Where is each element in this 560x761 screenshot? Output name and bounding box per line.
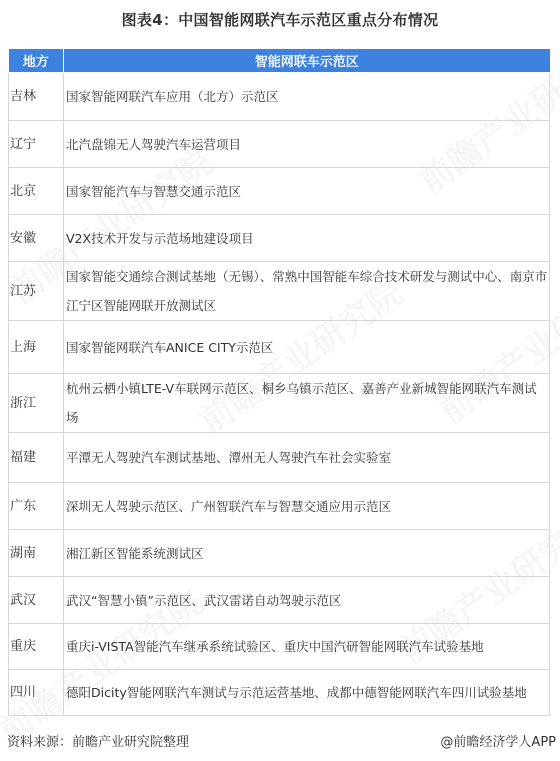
source-note: 资料来源：前瞻产业研究院整理	[7, 731, 189, 750]
column-header-region: 地方	[9, 49, 64, 73]
region-cell: 上海	[9, 321, 64, 374]
region-cell: 北京	[9, 168, 64, 215]
region-cell: 广东	[9, 483, 64, 530]
zone-cell: 武汉“智慧小镇”示范区、武汉雷诺自动驾驶示范区	[64, 577, 550, 624]
region-cell: 武汉	[9, 577, 64, 624]
table-header-row: 地方 智能网联车示范区	[9, 49, 550, 73]
region-cell: 安徽	[9, 215, 64, 262]
zone-cell: 深圳无人驾驶示范区、广州智联汽车与智慧交通应用示范区	[64, 483, 550, 530]
table-row: 武汉 武汉“智慧小镇”示范区、武汉雷诺自动驾驶示范区	[9, 577, 550, 624]
zone-cell: 国家智能汽车与智慧交通示范区	[64, 168, 550, 215]
region-cell: 江苏	[9, 262, 64, 321]
publisher-credit: @前瞻经济学人APP	[440, 731, 556, 750]
table-row: 江苏 国家智能交通综合测试基地（无锡）、常熟中国智能车综合技术研发与测试中心、南…	[9, 262, 550, 321]
zone-cell: 国家智能交通综合测试基地（无锡）、常熟中国智能车综合技术研发与测试中心、南京市江…	[64, 262, 550, 321]
demo-zone-table: 地方 智能网联车示范区 吉林 国家智能网联汽车应用（北方）示范区 辽宁 北汽盘锦…	[8, 49, 550, 716]
region-cell: 吉林	[9, 73, 64, 121]
table-row: 湖南 湘江新区智能系统测试区	[9, 530, 550, 577]
zone-cell: 北汽盘锦无人驾驶汽车运营项目	[64, 121, 550, 168]
table-row: 辽宁 北汽盘锦无人驾驶汽车运营项目	[9, 121, 550, 168]
region-cell: 福建	[9, 433, 64, 483]
table-row: 重庆 重庆i-VISTA智能汽车继承系统试验区、重庆中国汽研智能网联汽车试验基地	[9, 624, 550, 670]
column-header-zone: 智能网联车示范区	[64, 49, 550, 73]
region-cell: 辽宁	[9, 121, 64, 168]
zone-cell: 平潭无人驾驶汽车测试基地、潭州无人驾驶汽车社会实验室	[64, 433, 550, 483]
table-row: 安徽 V2X技术开发与示范场地建设项目	[9, 215, 550, 262]
zone-cell: 国家智能网联汽车应用（北方）示范区	[64, 73, 550, 121]
zone-cell: V2X技术开发与示范场地建设项目	[64, 215, 550, 262]
table-row: 吉林 国家智能网联汽车应用（北方）示范区	[9, 73, 550, 121]
region-cell: 浙江	[9, 374, 64, 433]
region-cell: 四川	[9, 670, 64, 716]
zone-cell: 德阳Dicity智能网联汽车测试与示范运营基地、成都中德智能网联汽车四川试验基地	[64, 670, 550, 716]
region-cell: 湖南	[9, 530, 64, 577]
zone-cell: 湘江新区智能系统测试区	[64, 530, 550, 577]
table-row: 北京 国家智能汽车与智慧交通示范区	[9, 168, 550, 215]
figure-title: 图表4：中国智能网联汽车示范区重点分布情况	[0, 9, 560, 30]
table-row: 浙江 杭州云栖小镇LTE-V车联网示范区、桐乡乌镇示范区、嘉善产业新城智能网联汽…	[9, 374, 550, 433]
table-row: 四川 德阳Dicity智能网联汽车测试与示范运营基地、成都中德智能网联汽车四川试…	[9, 670, 550, 716]
zone-cell: 重庆i-VISTA智能汽车继承系统试验区、重庆中国汽研智能网联汽车试验基地	[64, 624, 550, 670]
table-row: 上海 国家智能网联汽车ANICE CITY示范区	[9, 321, 550, 374]
table-row: 广东 深圳无人驾驶示范区、广州智联汽车与智慧交通应用示范区	[9, 483, 550, 530]
table-row: 福建 平潭无人驾驶汽车测试基地、潭州无人驾驶汽车社会实验室	[9, 433, 550, 483]
region-cell: 重庆	[9, 624, 64, 670]
zone-cell: 国家智能网联汽车ANICE CITY示范区	[64, 321, 550, 374]
zone-cell: 杭州云栖小镇LTE-V车联网示范区、桐乡乌镇示范区、嘉善产业新城智能网联汽车测试…	[64, 374, 550, 433]
